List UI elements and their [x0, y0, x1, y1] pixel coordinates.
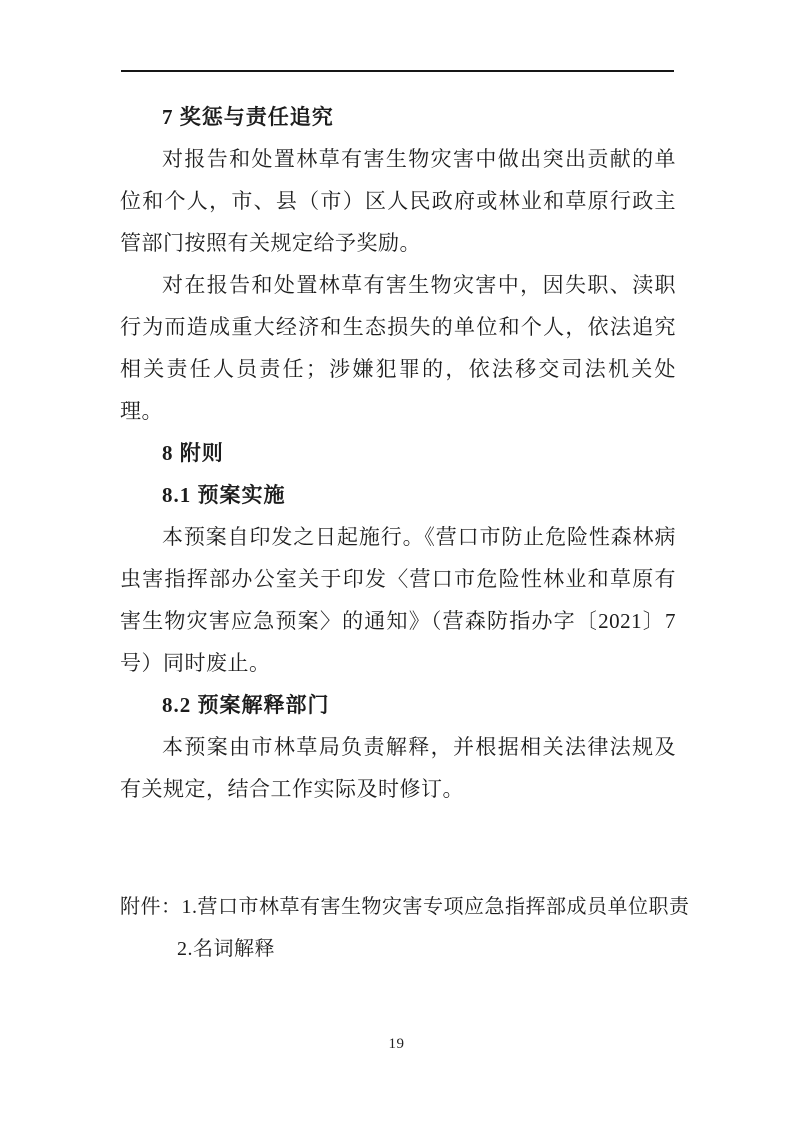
heading-section-8-2: 8.2 预案解释部门	[120, 684, 676, 726]
heading-section-8: 8 附则	[120, 432, 676, 474]
attachment-item-1: 附件：1.营口市林草有害生物灾害专项应急指挥部成员单位职责	[120, 886, 676, 928]
attachment-item-2-text: 2.名词解释	[177, 938, 275, 960]
heading-section-7: 7 奖惩与责任追究	[120, 96, 676, 138]
header-rule-line	[121, 70, 674, 72]
attachment-item-1-text: 1.营口市林草有害生物灾害专项应急指挥部成员单位职责	[182, 896, 690, 918]
paragraph-rewards: 对报告和处置林草有害生物灾害中做出突出贡献的单位和个人，市、县（市）区人民政府或…	[120, 138, 676, 264]
document-page: 7 奖惩与责任追究 对报告和处置林草有害生物灾害中做出突出贡献的单位和个人，市、…	[0, 0, 793, 1122]
attachments-block: 附件：1.营口市林草有害生物灾害专项应急指挥部成员单位职责 2.名词解释	[120, 886, 676, 970]
heading-section-8-1: 8.1 预案实施	[120, 474, 676, 516]
paragraph-plan-interpretation: 本预案由市林草局负责解释，并根据相关法律法规及有关规定，结合工作实际及时修订。	[120, 726, 676, 810]
paragraph-accountability: 对在报告和处置林草有害生物灾害中，因失职、渎职行为而造成重大经济和生态损失的单位…	[120, 264, 676, 432]
paragraph-plan-implementation: 本预案自印发之日起施行。《营口市防止危险性森林病虫害指挥部办公室关于印发〈营口市…	[120, 516, 676, 684]
attachments-label: 附件：	[120, 896, 182, 918]
page-number: 19	[0, 1036, 793, 1053]
document-body: 7 奖惩与责任追究 对报告和处置林草有害生物灾害中做出突出贡献的单位和个人，市、…	[120, 96, 676, 970]
attachment-item-2: 2.名词解释	[120, 928, 676, 970]
